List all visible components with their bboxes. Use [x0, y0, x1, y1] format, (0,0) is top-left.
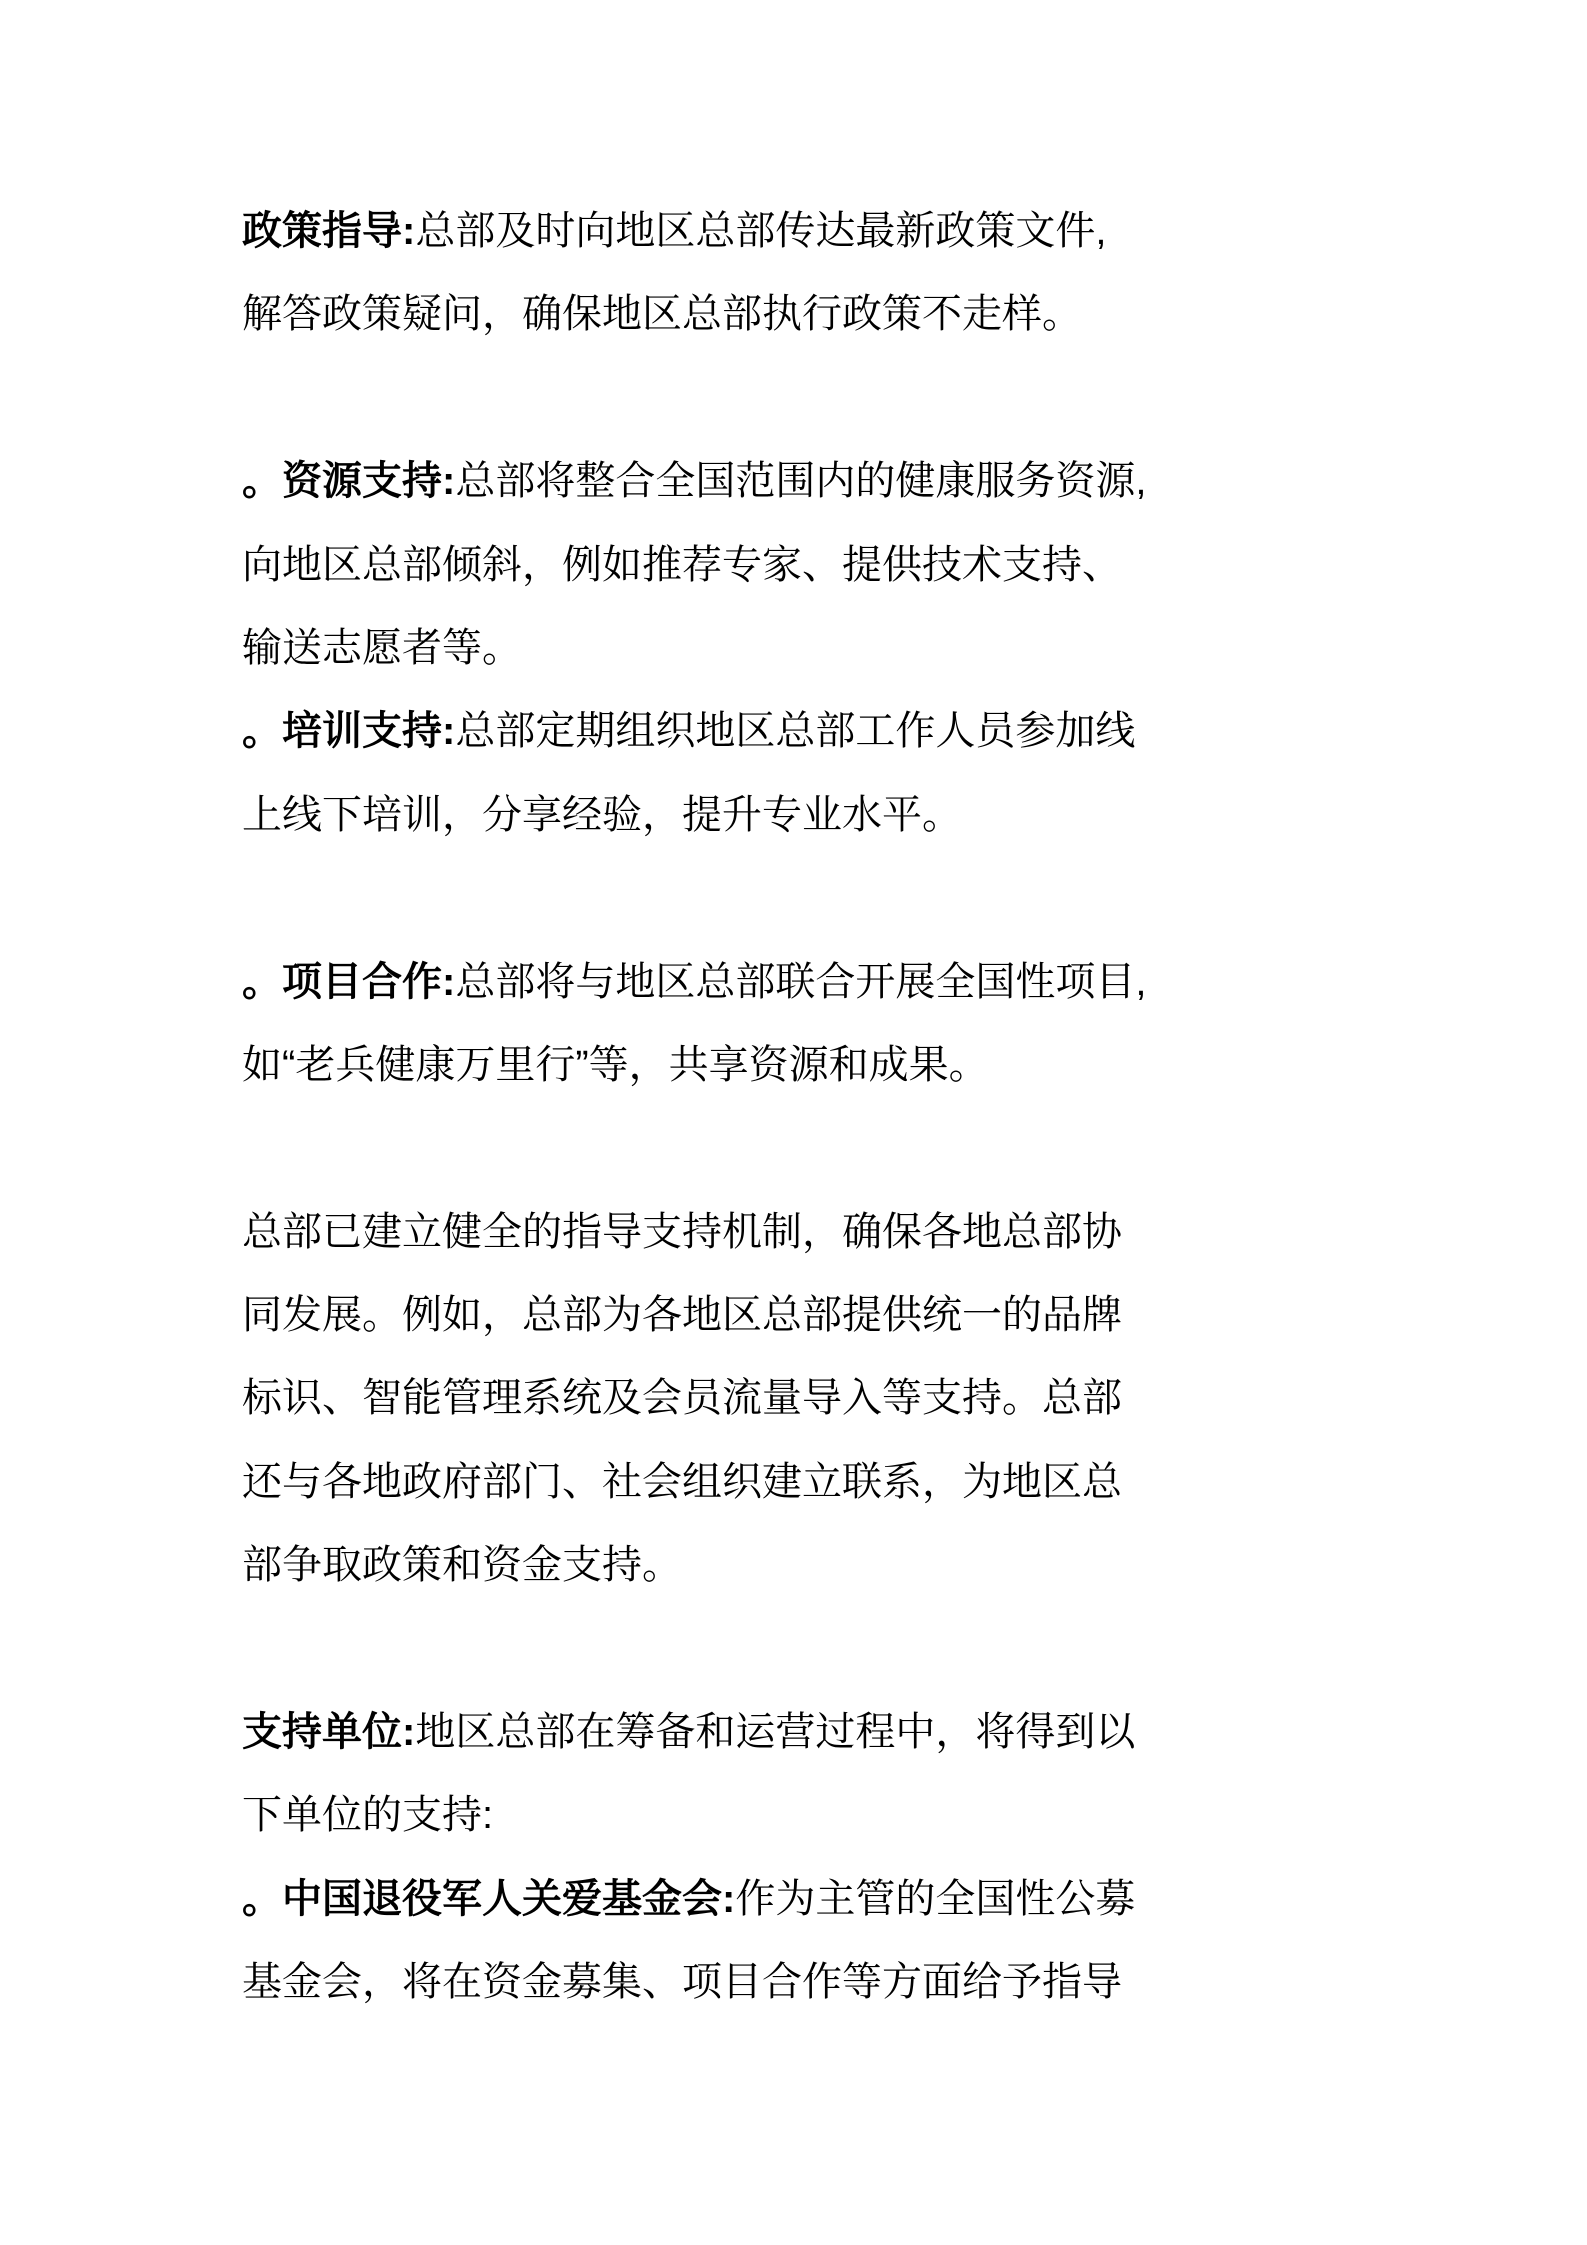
heading-label: 支持单位: [242, 1710, 415, 1754]
body-text: 总部及时向地区总部传达最新政策文件, [415, 209, 1106, 253]
document-body: 政策指导:总部及时向地区总部传达最新政策文件, 解答政策疑问，确保地区总部执行政… [242, 190, 1242, 2025]
text-line: 标识、智能管理系统及会员流量导入等支持。总部 [242, 1357, 1242, 1440]
heading-label: 中国退役军人关爱基金会: [282, 1877, 735, 1921]
paragraph-project-cooperation: 。项目合作:总部将与地区总部联合开展全国性项目, 如“老兵健康万里行”等，共享资… [242, 941, 1242, 1108]
body-text: 输送志愿者等。 [242, 626, 522, 670]
body-text: 标识、智能管理系统及会员流量导入等支持。总部 [242, 1376, 1122, 1420]
paragraph-policy-guidance: 政策指导:总部及时向地区总部传达最新政策文件, 解答政策疑问，确保地区总部执行政… [242, 190, 1242, 357]
heading-label: 项目合作: [282, 960, 455, 1004]
paragraph-training-support: 。培训支持:总部定期组织地区总部工作人员参加线 上线下培训，分享经验，提升专业水… [242, 690, 1242, 857]
paragraph-spacer [242, 357, 1242, 440]
bullet-mark: 。 [242, 1877, 282, 1921]
body-text: 部争取政策和资金支持。 [242, 1543, 682, 1587]
body-text: 作为主管的全国性公募 [735, 1877, 1135, 1921]
text-line: 基金会，将在资金募集、项目合作等方面给予指导 [242, 1941, 1242, 2024]
body-text: 基金会，将在资金募集、项目合作等方面给予指导 [242, 1960, 1122, 2004]
body-text: 如“老兵健康万里行”等，共享资源和成果。 [242, 1043, 989, 1087]
text-line: 。中国退役军人关爱基金会:作为主管的全国性公募 [242, 1858, 1242, 1941]
paragraph-spacer [242, 1107, 1242, 1190]
paragraph-supporting-units: 支持单位:地区总部在筹备和运营过程中，将得到以 下单位的支持: 。中国退役军人关… [242, 1691, 1242, 2025]
text-line: 部争取政策和资金支持。 [242, 1524, 1242, 1607]
text-line: 。培训支持:总部定期组织地区总部工作人员参加线 [242, 690, 1242, 773]
text-line: 政策指导:总部及时向地区总部传达最新政策文件, [242, 190, 1242, 273]
text-line: 解答政策疑问，确保地区总部执行政策不走样。 [242, 273, 1242, 356]
heading-label: 培训支持: [282, 709, 455, 753]
paragraph-resource-support: 。资源支持:总部将整合全国范围内的健康服务资源, 向地区总部倾斜，例如推荐专家、… [242, 440, 1242, 690]
body-text: 同发展。例如，总部为各地区总部提供统一的品牌 [242, 1293, 1122, 1337]
body-text: 总部将整合全国范围内的健康服务资源, [455, 459, 1146, 503]
body-text: 下单位的支持: [242, 1793, 493, 1837]
heading-label: 资源支持: [282, 459, 455, 503]
paragraph-support-mechanism: 总部已建立健全的指导支持机制，确保各地总部协 同发展。例如，总部为各地区总部提供… [242, 1191, 1242, 1608]
bullet-mark: 。 [242, 709, 282, 753]
document-page: 政策指导:总部及时向地区总部传达最新政策文件, 解答政策疑问，确保地区总部执行政… [0, 0, 1587, 2245]
body-text: 总部定期组织地区总部工作人员参加线 [455, 709, 1135, 753]
paragraph-spacer [242, 1608, 1242, 1691]
text-line: 同发展。例如，总部为各地区总部提供统一的品牌 [242, 1274, 1242, 1357]
text-line: 还与各地政府部门、社会组织建立联系，为地区总 [242, 1441, 1242, 1524]
text-line: 向地区总部倾斜，例如推荐专家、提供技术支持、 [242, 524, 1242, 607]
body-text: 总部已建立健全的指导支持机制，确保各地总部协 [242, 1210, 1122, 1254]
body-text: 总部将与地区总部联合开展全国性项目, [455, 960, 1146, 1004]
text-line: 。资源支持:总部将整合全国范围内的健康服务资源, [242, 440, 1242, 523]
body-text: 向地区总部倾斜，例如推荐专家、提供技术支持、 [242, 543, 1122, 587]
heading-label: 政策指导: [242, 209, 415, 253]
text-line: 总部已建立健全的指导支持机制，确保各地总部协 [242, 1191, 1242, 1274]
text-line: 支持单位:地区总部在筹备和运营过程中，将得到以 [242, 1691, 1242, 1774]
body-text: 上线下培训，分享经验，提升专业水平。 [242, 793, 962, 837]
text-line: 如“老兵健康万里行”等，共享资源和成果。 [242, 1024, 1242, 1107]
paragraph-spacer [242, 857, 1242, 940]
body-text: 地区总部在筹备和运营过程中，将得到以 [415, 1710, 1135, 1754]
text-line: 输送志愿者等。 [242, 607, 1242, 690]
bullet-mark: 。 [242, 960, 282, 1004]
text-line: 下单位的支持: [242, 1774, 1242, 1857]
body-text: 解答政策疑问，确保地区总部执行政策不走样。 [242, 292, 1082, 336]
bullet-mark: 。 [242, 459, 282, 503]
text-line: 。项目合作:总部将与地区总部联合开展全国性项目, [242, 941, 1242, 1024]
body-text: 还与各地政府部门、社会组织建立联系，为地区总 [242, 1460, 1122, 1504]
text-line: 上线下培训，分享经验，提升专业水平。 [242, 774, 1242, 857]
